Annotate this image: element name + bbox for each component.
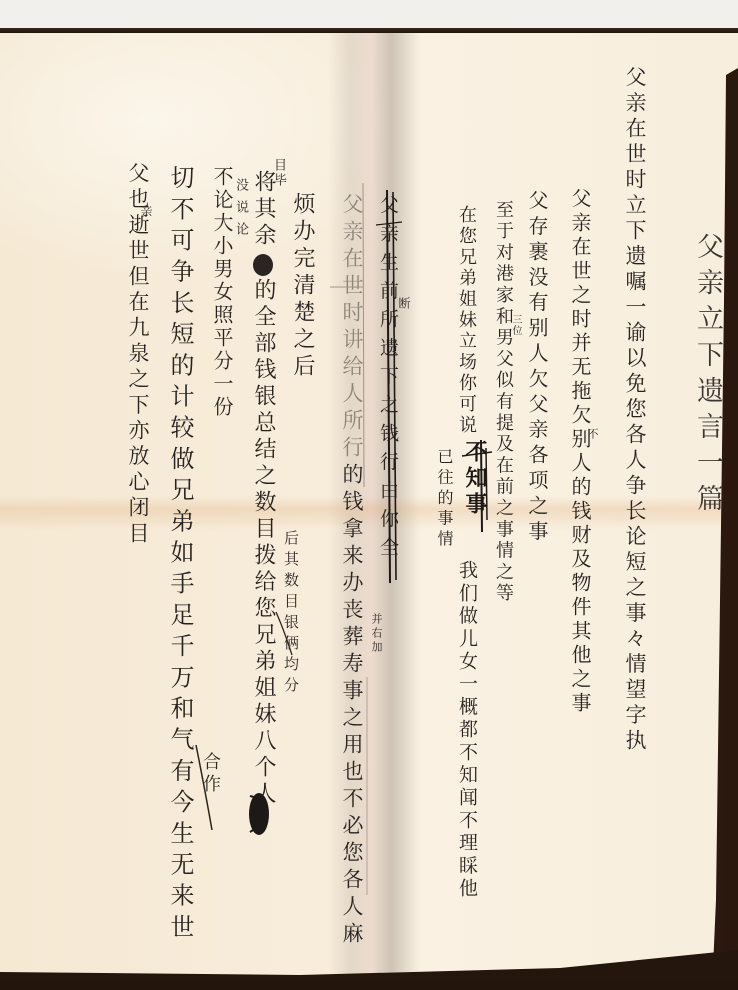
document-photo: 父亲立下遗言一篇 父亲在世时立下遗嘱一谕以免您各人争长论短之事々情望字执 父亲在…: [0, 0, 738, 990]
strike-lines-column-7: [376, 190, 402, 583]
ink-blot: [253, 254, 273, 276]
insertion-mark: [276, 612, 292, 655]
insertion-mark: [196, 745, 212, 830]
ink-blot: [249, 793, 269, 835]
ink-marks-overlay: [0, 0, 738, 990]
strike-lines-column-5: [462, 440, 492, 532]
box-lines: [330, 183, 367, 895]
